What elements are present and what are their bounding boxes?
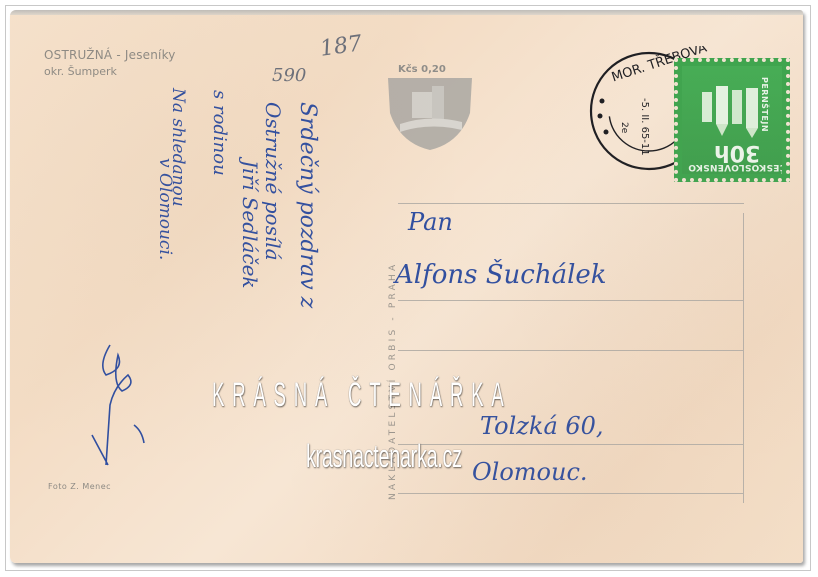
message-line: Ostružné posílá <box>261 102 285 261</box>
message-line: Srdečný pozdrav z <box>295 102 320 308</box>
postcard-back: OSTRUŽNÁ - Jeseníky okr. Šumperk Foto Z.… <box>10 10 803 563</box>
address-rule <box>398 493 744 494</box>
postage-stamp: PERNŠTEJN 30h ČESKOSLOVENSKO <box>674 58 790 182</box>
stamp-subject: PERNŠTEJN <box>760 77 769 132</box>
message-line: s rodinou <box>209 90 230 176</box>
svg-text:2e: 2e <box>619 122 629 134</box>
address-line: Olomouc. <box>472 458 588 486</box>
address-border <box>743 213 744 503</box>
message-line: Jiří Sedláček <box>238 160 262 289</box>
watermark-url: krasnactenarka.cz <box>306 438 462 475</box>
address-rule <box>398 300 744 301</box>
photo-credit: Foto Z. Menec <box>48 482 111 491</box>
location-subtitle: okr. Šumperk <box>44 65 117 78</box>
message-line: v Olomouci. <box>155 158 175 260</box>
address-line: Pan <box>408 208 453 236</box>
address-rule <box>398 350 744 351</box>
tourism-cachet-icon: Kčs 0,20 <box>370 58 490 158</box>
address-line: Tolzká 60, <box>480 412 604 440</box>
catalog-number: 187 <box>318 31 363 62</box>
address-rule <box>398 203 744 204</box>
svg-text:Kčs 0,20: Kčs 0,20 <box>398 63 446 75</box>
watermark-title: KRÁSNÁ ČTENÁŘKA <box>212 376 511 415</box>
stamp-country: ČESKOSLOVENSKO <box>688 162 782 172</box>
svg-text:-5. II. 65-11: -5. II. 65-11 <box>639 98 650 156</box>
location-title: OSTRUŽNÁ - Jeseníky <box>44 48 176 62</box>
catalog-number-secondary: 590 <box>272 65 306 86</box>
address-line: Alfons Šuchálek <box>395 260 607 290</box>
castle-icon <box>696 80 766 140</box>
signature-icon <box>84 335 164 475</box>
